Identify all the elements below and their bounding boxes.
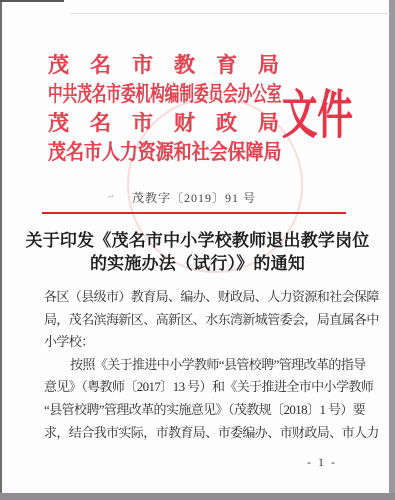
document-body: 各区（县级市）教育局、编办、财政局、人力资源和社会保障 局，茂名滨海新区、高新区… <box>44 286 370 444</box>
document-title: 关于印发《茂名市中小学校教师退出教学岗位 的实施办法（试行）》的通知 <box>0 230 395 275</box>
body-recipients-line-2: 局，茂名滨海新区、高新区、水东湾新城管委会，局直属各中 <box>44 309 370 332</box>
scan-edge-bottom <box>0 493 395 500</box>
agency-name-human-resources-bureau: 茂名市人力资源和社会保障局 <box>48 138 248 167</box>
body-recipients-line-1: 各区（县级市）教育局、编办、财政局、人力资源和社会保障 <box>44 286 370 309</box>
body-paragraph-line-3: “县管校聘”管理改革的实施意见》（茂教规〔2018〕1 号）要 <box>44 399 370 422</box>
body-recipients-line-3: 小学校： <box>44 331 370 354</box>
agency-name-education-bureau: 茂 名 市 教 育 局 <box>48 51 282 80</box>
letterhead: 茂 名 市 教 育 局 中共茂名市委机构编制委员会办公室 茂 名 市 财 政 局… <box>48 51 377 167</box>
issuing-agencies: 茂 名 市 教 育 局 中共茂名市委机构编制委员会办公室 茂 名 市 财 政 局… <box>48 51 282 167</box>
page-number: - 1 - <box>0 455 395 470</box>
scan-fold-line <box>70 13 390 14</box>
body-paragraph-line-4: 求，结合我市实际，市教育局、市委编办、市财政局、市人力 <box>44 422 370 445</box>
agency-name-finance-bureau: 茂 名 市 财 政 局 <box>48 109 282 138</box>
scan-edge-top-left <box>0 0 64 2</box>
body-paragraph-line-2: 意见》（粤教师〔2017〕13 号）和《关于推进全市中小学教师 <box>44 376 370 399</box>
agency-name-party-committee-office: 中共茂名市委机构编制委员会办公室 <box>48 80 211 109</box>
document-mark-wenjian: 文件 <box>282 91 353 167</box>
document-reference-number: 茂教字〔2019〕91 号 <box>42 189 346 206</box>
document-title-line-1: 关于印发《茂名市中小学校教师退出教学岗位 <box>0 230 395 253</box>
body-paragraph-line-1: 按照《关于推进中小学教师“县管校聘”管理改革的指导 <box>44 354 370 377</box>
red-separator-rule <box>42 212 346 214</box>
scanned-document-page: 茂 名 市 教 育 局 中共茂名市委机构编制委员会办公室 茂 名 市 财 政 局… <box>0 0 395 500</box>
document-title-line-2: 的实施办法（试行）》的通知 <box>0 253 395 276</box>
